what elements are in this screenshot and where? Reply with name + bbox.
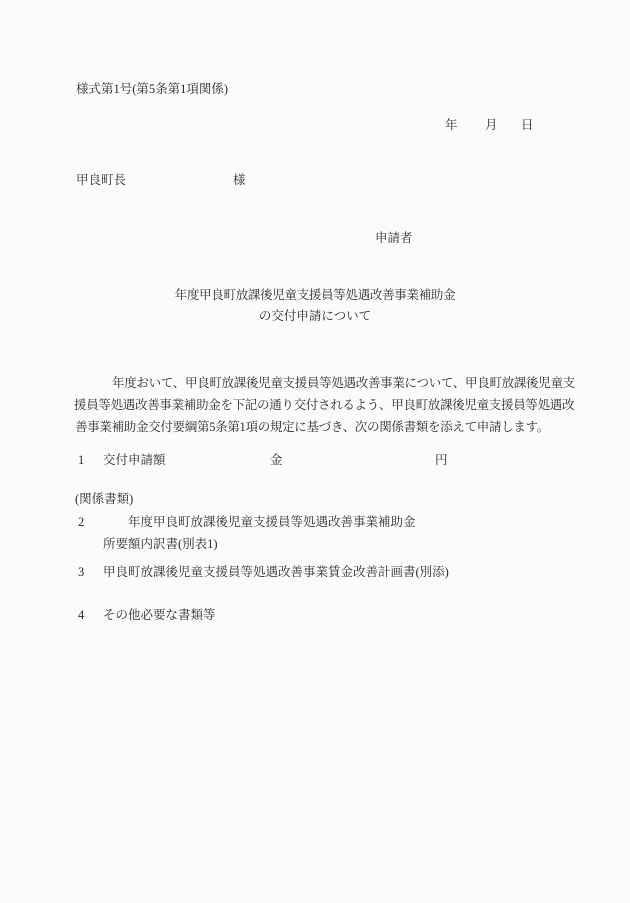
document-page: 様式第1号(第5条第1項関係) 年 月 日 甲良町長 様 申請者 年度甲良町放課… — [0, 0, 630, 903]
item-1-application-amount: 1 交付申請額 金 円 — [0, 453, 630, 469]
date-line: 年 月 日 — [0, 118, 630, 134]
addressee-line: 甲良町長 様 — [0, 173, 630, 189]
item-3-number: 3 — [78, 565, 84, 580]
item-4-other-docs: 4 その他必要な書類等 — [0, 608, 630, 624]
form-number: 様式第1号(第5条第1項関係) — [76, 82, 228, 97]
item-3-wage-plan: 3 甲良町放課後児童支援員等処遇改善事業賃金改善計画書(別添) — [0, 565, 630, 581]
item-1-number: 1 — [78, 453, 84, 468]
addressee-honorific: 様 — [233, 173, 246, 188]
item-2-text-line1: 年度甲良町放課後児童支援員等処遇改善事業補助金 — [128, 515, 416, 530]
body-paragraph-line3: 善事業補助金交付要綱第5条第1項の規定に基づき、次の関係書類を添えて申請します。 — [75, 420, 549, 435]
document-title-line1: 年度甲良町放課後児童支援員等処遇改善事業補助金 — [0, 288, 630, 303]
applicant-label: 申請者 — [375, 231, 413, 246]
item-2-text-line2: 所要額内訳書(別表1) — [103, 537, 218, 552]
body-paragraph-line2: 援員等処遇改善事業補助金を下記の通り交付されるよう、甲良町放課後児童支援員等処遇… — [74, 398, 574, 413]
addressee-title: 甲良町長 — [76, 173, 126, 188]
item-2-line1: 2 年度甲良町放課後児童支援員等処遇改善事業補助金 — [0, 515, 630, 531]
document-title-line2: の交付申請について — [0, 309, 630, 324]
item-1-amount-prefix: 金 — [270, 453, 283, 468]
date-month-label: 月 — [485, 118, 498, 133]
item-4-number: 4 — [78, 608, 84, 623]
date-day-label: 日 — [521, 118, 534, 133]
date-year-label: 年 — [445, 118, 458, 133]
item-4-text: その他必要な書類等 — [103, 608, 216, 623]
item-3-text: 甲良町放課後児童支援員等処遇改善事業賃金改善計画書(別添) — [103, 565, 449, 580]
body-paragraph-line1: 年度おいて、甲良町放課後児童支援員等処遇改善事業について、甲良町放課後児童支 — [112, 376, 575, 391]
item-1-label: 交付申請額 — [103, 453, 166, 468]
item-1-amount-suffix: 円 — [435, 453, 448, 468]
item-2-number: 2 — [78, 515, 84, 530]
related-docs-label: (関係書類) — [75, 492, 133, 507]
